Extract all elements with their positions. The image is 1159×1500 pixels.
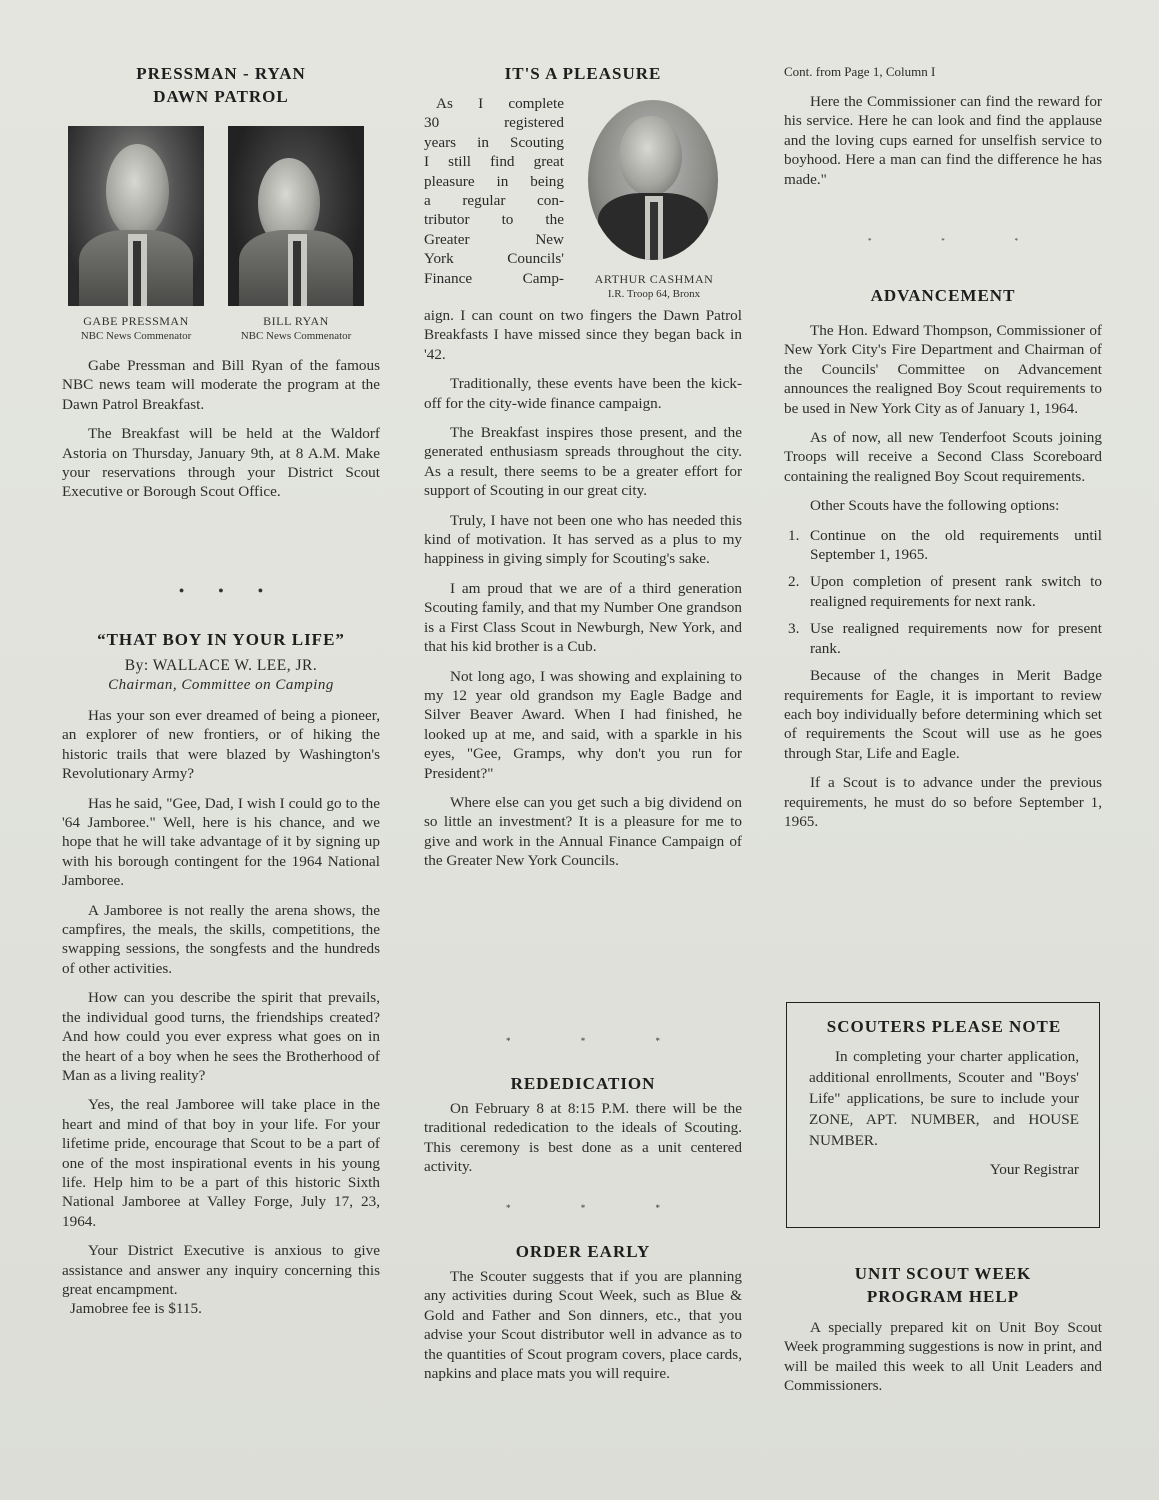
wrapped-line: York Councils' bbox=[424, 249, 564, 268]
rededication-text: On February 8 at 8:15 P.M. there will be… bbox=[424, 1099, 742, 1177]
order-early-section: ORDER EARLY The Scouter suggests that if… bbox=[424, 1240, 742, 1393]
dawn-patrol-heading: PRESSMAN - RYAN DAWN PATROL bbox=[62, 62, 380, 108]
continued-text: Here the Commissioner can find the rewar… bbox=[784, 92, 1102, 199]
paragraph: I am proud that we are of a third genera… bbox=[424, 579, 742, 657]
heading-line-1: UNIT SCOUT WEEK bbox=[855, 1264, 1032, 1283]
separator-asterisks: * * * bbox=[424, 1203, 742, 1213]
rededication-heading: REDEDICATION bbox=[424, 1072, 742, 1095]
caption-title: NBC News Commenator bbox=[241, 330, 352, 342]
wrapped-line: tributor to the bbox=[424, 210, 564, 229]
options-list: 1.Continue on the old requirements until… bbox=[784, 526, 1102, 658]
article-heading: “THAT BOY IN YOUR LIFE” bbox=[62, 628, 380, 651]
paragraph: Your District Executive is anxious to gi… bbox=[62, 1241, 380, 1299]
caption-title: I.R. Troop 64, Bronx bbox=[608, 288, 700, 300]
paragraph: Other Scouts have the following options: bbox=[784, 496, 1102, 515]
wrapped-line: Finance Camp- bbox=[424, 269, 564, 288]
paragraph: The Breakfast inspires those present, an… bbox=[424, 423, 742, 501]
newsletter-page: PRESSMAN - RYAN DAWN PATROL GABE PRESSMA… bbox=[0, 0, 1159, 1500]
paragraph: Where else can you get such a big divide… bbox=[424, 793, 742, 871]
paragraph: How can you describe the spirit that pre… bbox=[62, 988, 380, 1085]
option-text: Use realigned requirements now for prese… bbox=[810, 620, 1102, 656]
order-early-text: The Scouter suggests that if you are pla… bbox=[424, 1267, 742, 1383]
wrapped-line: years in Scouting bbox=[424, 133, 564, 152]
wrapped-line: I still find great bbox=[424, 152, 564, 171]
fee-line: Jamobree fee is $115. bbox=[62, 1299, 380, 1318]
wrapped-intro: As I complete30 registeredyears in Scout… bbox=[424, 94, 564, 288]
rededication-section: REDEDICATION On February 8 at 8:15 P.M. … bbox=[424, 1072, 742, 1187]
paragraph: The Breakfast will be held at the Waldor… bbox=[62, 424, 380, 502]
paragraph: Gabe Pressman and Bill Ryan of the famou… bbox=[62, 356, 380, 414]
dawn-patrol-body: Gabe Pressman and Bill Ryan of the famou… bbox=[62, 356, 380, 512]
paragraph: A Jamboree is not really the arena shows… bbox=[62, 901, 380, 979]
wrapped-line: a regular con- bbox=[424, 191, 564, 210]
option-number: 3. bbox=[788, 619, 799, 638]
option-number: 2. bbox=[788, 572, 799, 591]
paragraph: Not long ago, I was showing and explaini… bbox=[424, 667, 742, 783]
photo-arthur-cashman bbox=[588, 100, 718, 260]
option-item: 2.Upon completion of present rank switch… bbox=[784, 572, 1102, 611]
paragraph: As of now, all new Tenderfoot Scouts joi… bbox=[784, 428, 1102, 486]
caption-arthur-cashman: ARTHUR CASHMAN I.R. Troop 64, Bronx bbox=[574, 272, 734, 301]
note-signature: Your Registrar bbox=[809, 1161, 1079, 1179]
its-a-pleasure-body: aign. I can count on two fingers the Daw… bbox=[424, 306, 742, 881]
scouters-please-note-box: SCOUTERS PLEASE NOTE In completing your … bbox=[786, 1002, 1100, 1228]
heading-line-2: PROGRAM HELP bbox=[867, 1287, 1019, 1306]
heading-line-2: DAWN PATROL bbox=[153, 87, 289, 106]
note-text: In completing your charter application, … bbox=[809, 1046, 1079, 1151]
wrapped-line: pleasure in being bbox=[424, 172, 564, 191]
paragraph: The Hon. Edward Thompson, Commissioner o… bbox=[784, 321, 1102, 418]
heading-line-1: PRESSMAN - RYAN bbox=[136, 64, 306, 83]
note-heading: SCOUTERS PLEASE NOTE bbox=[809, 1015, 1079, 1038]
paragraph: Truly, I have not been one who has neede… bbox=[424, 511, 742, 569]
paragraph: Yes, the real Jamboree will take place i… bbox=[62, 1095, 380, 1231]
option-item: 1.Continue on the old requirements until… bbox=[784, 526, 1102, 565]
wrapped-line: 30 registered bbox=[424, 113, 564, 132]
advancement-heading: ADVANCEMENT bbox=[784, 284, 1102, 307]
option-text: Upon completion of present rank switch t… bbox=[810, 573, 1102, 609]
paragraph: Has he said, "Gee, Dad, I wish I could g… bbox=[62, 794, 380, 891]
paragraph: aign. I can count on two fingers the Daw… bbox=[424, 306, 742, 364]
continued-note: Cont. from Page 1, Column I bbox=[784, 64, 935, 80]
separator-asterisks: * * * bbox=[784, 237, 1102, 245]
byline: By: WALLACE W. LEE, JR. bbox=[62, 657, 380, 675]
option-item: 3.Use realigned requirements now for pre… bbox=[784, 619, 1102, 658]
separator-dots: ●●● bbox=[62, 585, 380, 595]
unit-scout-week-text: A specially prepared kit on Unit Boy Sco… bbox=[784, 1318, 1102, 1396]
paragraph: Has your son ever dreamed of being a pio… bbox=[62, 706, 380, 784]
caption-name: ARTHUR CASHMAN bbox=[595, 272, 714, 286]
order-early-heading: ORDER EARLY bbox=[424, 1240, 742, 1263]
wrapped-line: Greater New bbox=[424, 230, 564, 249]
paragraph: Because of the changes in Merit Badge re… bbox=[784, 666, 1102, 763]
photo-bill-ryan bbox=[228, 126, 364, 306]
that-boy-article: “THAT BOY IN YOUR LIFE” By: WALLACE W. L… bbox=[62, 628, 380, 1329]
unit-scout-week-heading: UNIT SCOUT WEEK PROGRAM HELP bbox=[784, 1262, 1102, 1308]
paragraph: Here the Commissioner can find the rewar… bbox=[784, 92, 1102, 189]
paragraph: If a Scout is to advance under the previ… bbox=[784, 773, 1102, 831]
unit-scout-week-section: UNIT SCOUT WEEK PROGRAM HELP A specially… bbox=[784, 1262, 1102, 1406]
photo-gabe-pressman bbox=[68, 126, 204, 306]
its-a-pleasure-heading: IT'S A PLEASURE bbox=[424, 62, 742, 85]
separator-asterisks: * * * bbox=[424, 1036, 742, 1046]
caption-title: NBC News Commenator bbox=[81, 330, 192, 342]
caption-name: BILL RYAN bbox=[263, 314, 329, 328]
wrapped-line: As I complete bbox=[424, 94, 564, 113]
caption-bill-ryan: BILL RYAN NBC News Commenator bbox=[216, 314, 376, 343]
advancement-section: ADVANCEMENT The Hon. Edward Thompson, Co… bbox=[784, 284, 1102, 841]
option-number: 1. bbox=[788, 526, 799, 545]
caption-gabe-pressman: GABE PRESSMAN NBC News Commenator bbox=[56, 314, 216, 343]
author-role: Chairman, Committee on Camping bbox=[62, 677, 380, 694]
option-text: Continue on the old requirements until S… bbox=[810, 527, 1102, 563]
caption-name: GABE PRESSMAN bbox=[83, 314, 189, 328]
paragraph: Traditionally, these events have been th… bbox=[424, 374, 742, 413]
